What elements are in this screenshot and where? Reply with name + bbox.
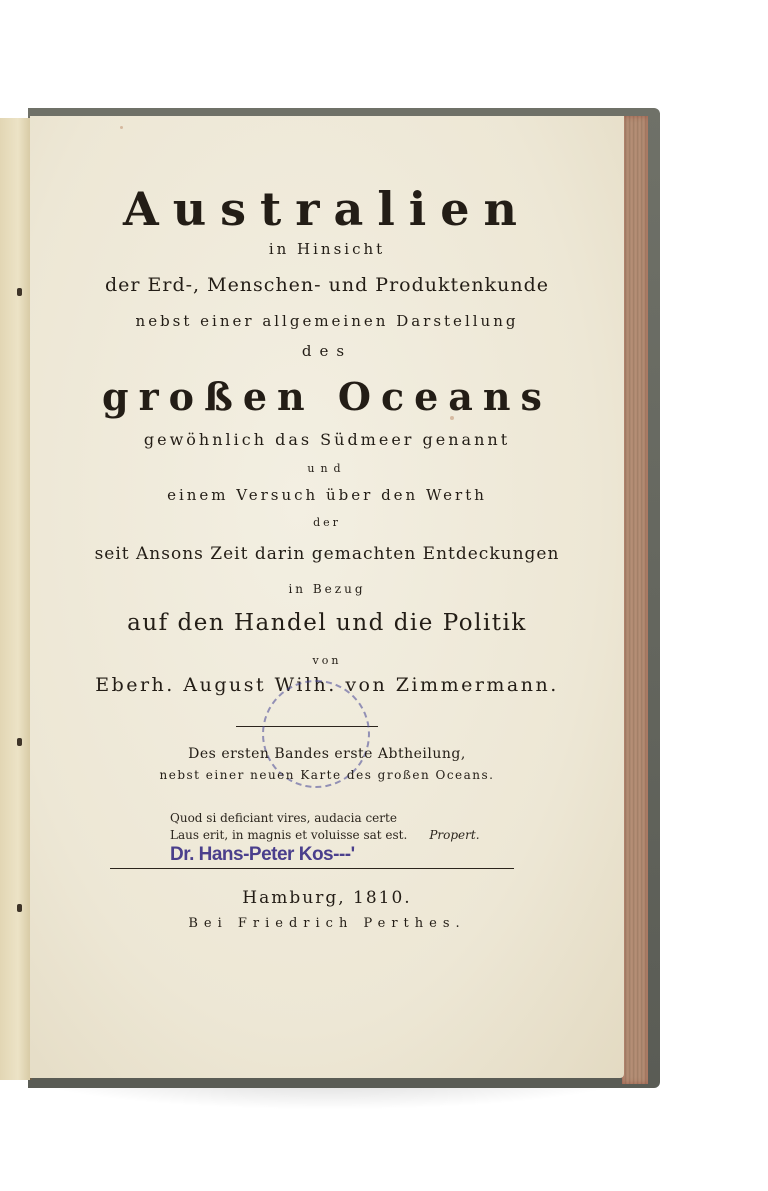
motto-author: Propert. xyxy=(429,828,479,842)
sewing-hole xyxy=(17,738,22,746)
subtitle-line: des xyxy=(30,342,624,360)
latin-motto: Quod si deficiant vires, audacia certe L… xyxy=(170,810,480,844)
subtitle-line: seit Ansons Zeit darin gemachten Entdeck… xyxy=(30,544,624,564)
imprint-place-year: Hamburg, 1810. xyxy=(30,888,624,908)
sewing-hole xyxy=(17,904,22,912)
subtitle-line: der Erd-, Menschen- und Produktenkunde xyxy=(30,274,624,296)
left-facing-page xyxy=(0,118,32,1080)
book-title: Australien xyxy=(30,182,624,236)
motto-line: Quod si deficiant vires, audacia certe xyxy=(170,811,397,825)
motto-line: Laus erit, in magnis et voluisse sat est… xyxy=(170,828,407,842)
subtitle-medium: auf den Handel und die Politik xyxy=(30,610,624,636)
volume-line: Des ersten Bandes erste Abtheilung, xyxy=(30,746,624,762)
divider-rule xyxy=(110,868,514,869)
subtitle-line: der xyxy=(30,516,624,529)
subtitle-line: in Bezug xyxy=(30,582,624,596)
subtitle-large: großen Oceans xyxy=(30,374,624,419)
subtitle-line: nebst einer allgemeinen Darstellung xyxy=(30,312,624,330)
volume-line: nebst einer neuen Karte des großen Ocean… xyxy=(30,768,624,782)
subtitle-line: einem Versuch über den Werth xyxy=(30,486,624,504)
subtitle-line: von xyxy=(30,654,624,667)
title-page: Australien in Hinsicht der Erd-, Mensche… xyxy=(30,116,624,1078)
foxing-spot xyxy=(120,126,123,129)
subtitle-line: und xyxy=(30,462,624,475)
sewing-hole xyxy=(17,288,22,296)
owner-stamp: Dr. Hans-Peter Kos---' xyxy=(170,844,355,866)
imprint-publisher: Bei Friedrich Perthes. xyxy=(30,916,624,931)
subtitle-line: in Hinsicht xyxy=(30,240,624,258)
page-edges-red-sprinkled xyxy=(622,116,648,1084)
subtitle-line: gewöhnlich das Südmeer genannt xyxy=(30,430,624,449)
